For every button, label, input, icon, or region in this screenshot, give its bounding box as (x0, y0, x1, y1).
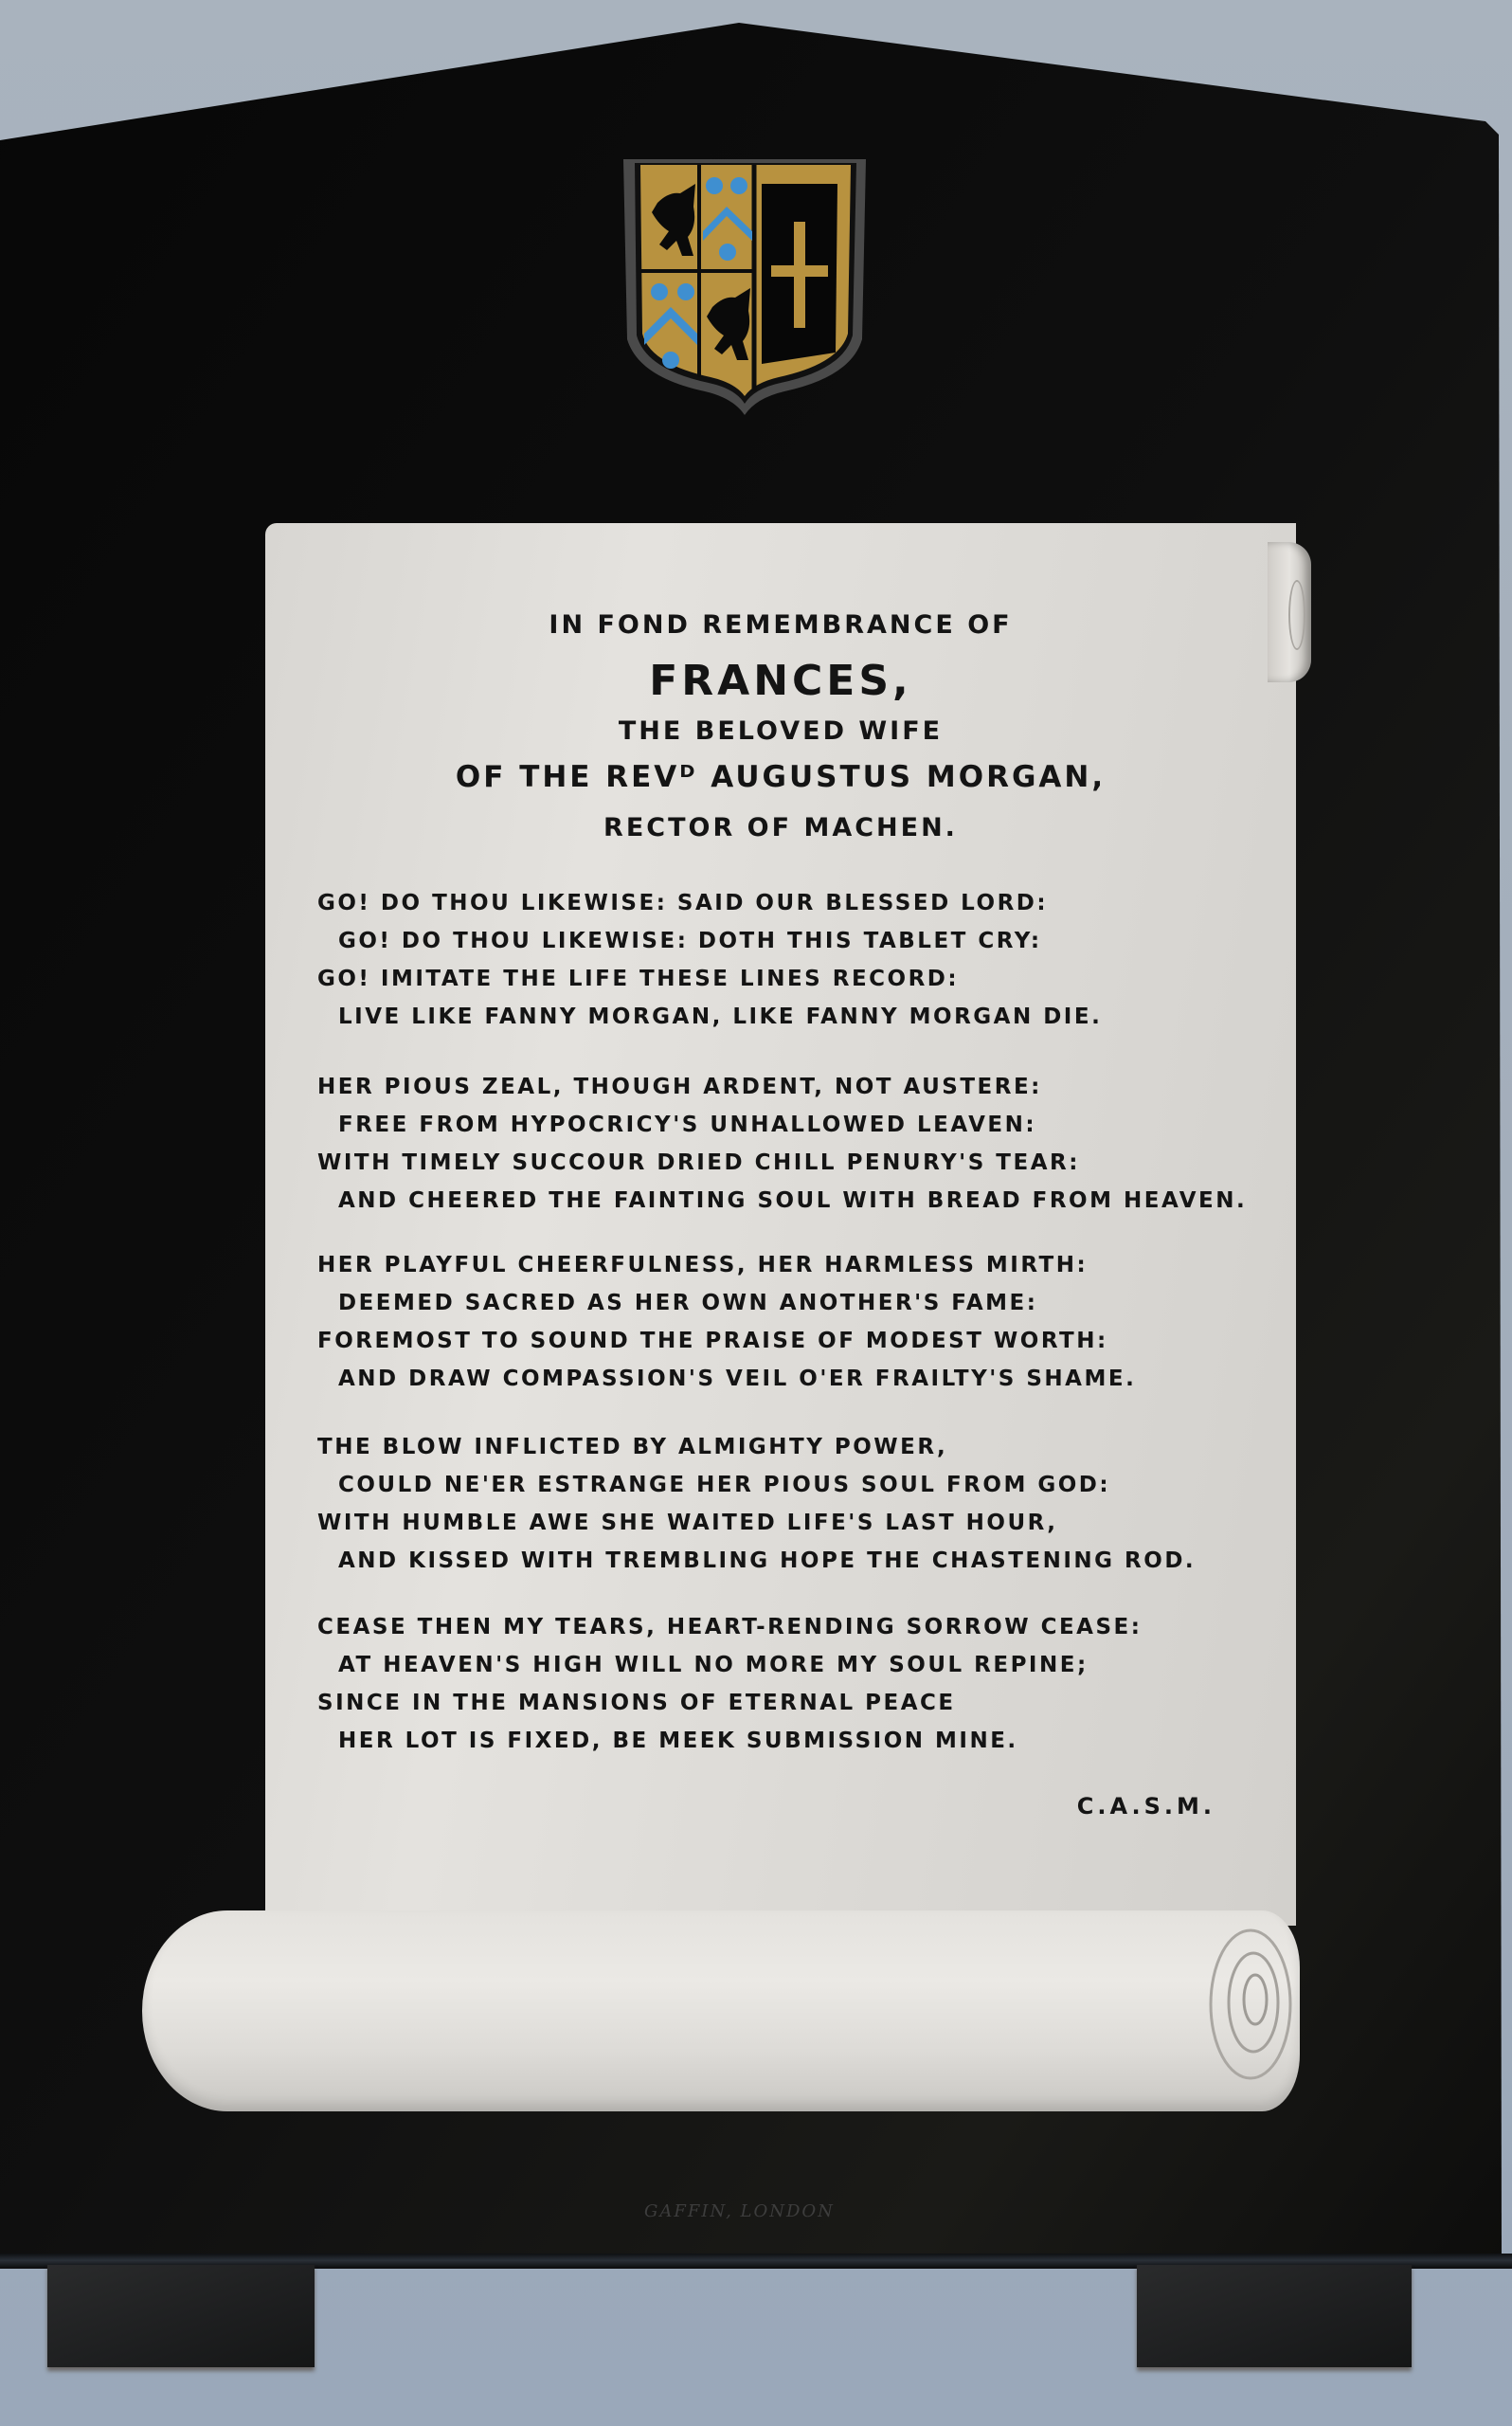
shield-icon (614, 150, 875, 420)
verse-line: LIVE LIKE FANNY MORGAN, LIKE FANNY MORGA… (317, 1005, 1303, 1042)
stanza-2: HER PIOUS ZEAL, THOUGH ARDENT, NOT AUSTE… (317, 1075, 1303, 1226)
verse-line: COULD NE'ER ESTRANGE HER PIOUS SOUL FROM… (317, 1473, 1303, 1511)
inscription: IN FOND REMEMBRANCE OF FRANCES, THE BELO… (265, 523, 1296, 1926)
stanza-3: HER PLAYFUL CHEERFULNESS, HER HARMLESS M… (317, 1253, 1303, 1404)
verse-line: HER LOT IS FIXED, BE MEEK SUBMISSION MIN… (317, 1729, 1303, 1766)
scroll-spiral-icon (1198, 1910, 1298, 2090)
stanza-1: GO! DO THOU LIKEWISE: SAID OUR BLESSED L… (317, 891, 1303, 1042)
deceased-name: FRANCES, (265, 657, 1296, 705)
heading-line-5: RECTOR OF MACHEN. (265, 813, 1296, 842)
verse-line: AT HEAVEN'S HIGH WILL NO MORE MY SOUL RE… (317, 1653, 1303, 1691)
verse-line: FOREMOST TO SOUND THE PRAISE OF MODEST W… (317, 1329, 1303, 1367)
verse-line: CEASE THEN MY TEARS, HEART-RENDING SORRO… (317, 1615, 1303, 1653)
verse-line: AND KISSED WITH TREMBLING HOPE THE CHAST… (317, 1548, 1303, 1586)
heading-line-4: OF THE REVᴰ AUGUSTUS MORGAN, (265, 760, 1296, 794)
verse-line: GO! DO THOU LIKEWISE: SAID OUR BLESSED L… (317, 891, 1303, 929)
verse-line: GO! DO THOU LIKEWISE: DOTH THIS TABLET C… (317, 929, 1303, 967)
verse-line: SINCE IN THE MANSIONS OF ETERNAL PEACE (317, 1691, 1303, 1729)
heading-line-3: THE BELOVED WIFE (265, 716, 1296, 746)
scroll-bottom-roll (142, 1910, 1300, 2111)
signature-initials: C.A.S.M. (1077, 1793, 1215, 1819)
right-support-block (1137, 2265, 1412, 2367)
verse-line: FREE FROM HYPOCRICY'S UNHALLOWED LEAVEN: (317, 1113, 1303, 1150)
stanza-5: CEASE THEN MY TEARS, HEART-RENDING SORRO… (317, 1615, 1303, 1766)
heading-line-1: IN FOND REMEMBRANCE OF (265, 610, 1296, 640)
verse-line: WITH TIMELY SUCCOUR DRIED CHILL PENURY'S… (317, 1150, 1303, 1188)
coat-of-arms (614, 150, 875, 420)
maker-mark: GAFFIN, LONDON (644, 2201, 835, 2221)
verse-line: GO! IMITATE THE LIFE THESE LINES RECORD: (317, 967, 1303, 1005)
verse-line: DEEMED SACRED AS HER OWN ANOTHER'S FAME: (317, 1291, 1303, 1329)
verse-line: AND CHEERED THE FAINTING SOUL WITH BREAD… (317, 1188, 1303, 1226)
verse-line: AND DRAW COMPASSION'S VEIL O'ER FRAILTY'… (317, 1367, 1303, 1404)
verse-line: WITH HUMBLE AWE SHE WAITED LIFE'S LAST H… (317, 1511, 1303, 1548)
left-support-block (47, 2265, 315, 2367)
verse-line: HER PIOUS ZEAL, THOUGH ARDENT, NOT AUSTE… (317, 1075, 1303, 1113)
verse-line: THE BLOW INFLICTED BY ALMIGHTY POWER, (317, 1435, 1303, 1473)
stanza-4: THE BLOW INFLICTED BY ALMIGHTY POWER, CO… (317, 1435, 1303, 1586)
verse-line: HER PLAYFUL CHEERFULNESS, HER HARMLESS M… (317, 1253, 1303, 1291)
